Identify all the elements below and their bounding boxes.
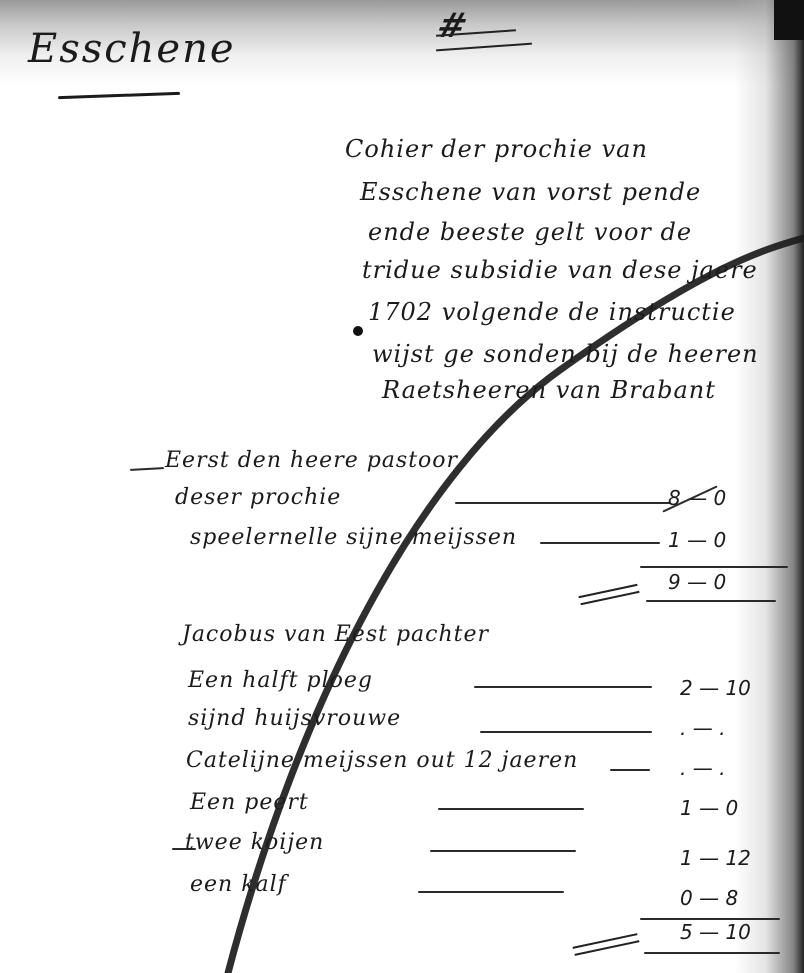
cancellation-stroke-icon — [0, 0, 804, 973]
manuscript-page: Esschene # Cohier der prochie van Essche… — [0, 0, 804, 973]
